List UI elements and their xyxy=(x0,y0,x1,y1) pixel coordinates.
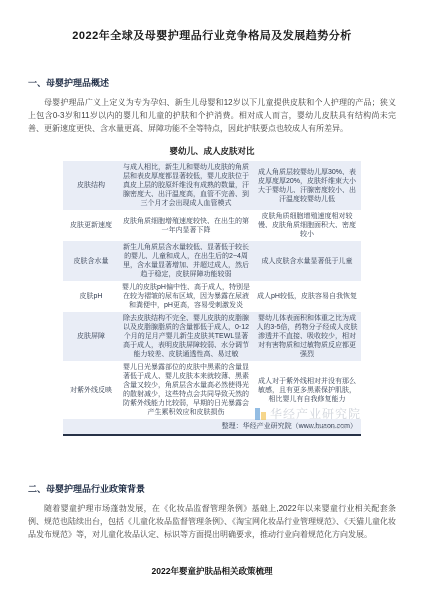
table-row: 对紫外线反映 婴儿日光暴露部位的皮肤中黑素的含量显著低于成人、婴儿皮肤本来就较薄… xyxy=(63,361,361,419)
table-row: 皮肤更新速度 皮肤角质细胞增殖速度较快、在出生的第一年内显著下降 皮肤角质细胞增… xyxy=(63,210,361,241)
infant-cell: 与成人相比，新生儿和婴幼儿皮肤的角质层和表皮厚度都显著较低，婴儿皮肤位于真皮上层… xyxy=(119,161,253,210)
adult-cell: 成人对于紫外线相对并没有那么敏感，且有更多黑素保护肌肤，相比婴儿有自我修复能力 xyxy=(253,361,361,419)
row-label: 对紫外线反映 xyxy=(63,361,119,419)
document-page: 2022年全球及母婴护理品行业竞争格局及发展趋势分析 一、母婴护理品概述 母婴护… xyxy=(0,0,424,600)
row-label: 皮肤pH xyxy=(63,281,119,312)
adult-cell: 成人皮肤含水量显著低于儿童 xyxy=(253,241,361,281)
adult-cell: 婴幼儿体表面积和体重之比为成人的3-5倍，药物分子经成人皮肤渗透并不直接、吸收较… xyxy=(253,312,361,361)
infant-cell: 除去皮肤结构不完全、婴儿皮肤的皮脂腺以及皮脂腺脂质的含量都低于成人，0-12个月… xyxy=(119,312,253,361)
infant-cell: 婴儿的皮肤pH偏中性、高于成人，特别是在较为褶皱的尿布区域，因为暴露在尿液和粪便… xyxy=(119,281,253,312)
adult-cell: 成人角质层较婴幼儿厚30%、表皮厚度厚20%，皮肤纤维束大小大于婴幼儿、汗腺密度… xyxy=(253,161,361,210)
row-label: 皮肤结构 xyxy=(63,161,119,210)
section2-paragraph: 随着婴童护理市场蓬勃发展，在《化妆品监督管理条例》基础上,2022年以来婴童行业… xyxy=(28,502,396,541)
table-row: 皮肤结构 与成人相比，新生儿和婴幼儿皮肤的角质层和表皮厚度都显著较低，婴儿皮肤位… xyxy=(63,161,361,210)
row-label: 皮肤屏障 xyxy=(63,312,119,361)
table-row: 皮肤pH 婴儿的皮肤pH偏中性、高于成人，特别是在较为褶皱的尿布区域，因为暴露在… xyxy=(63,281,361,312)
section1-paragraph: 母婴护理品广义上定义为专为孕妇、新生儿母婴和12岁以下儿童提供皮肤和个人护理的产… xyxy=(28,96,396,135)
row-label: 皮肤更新速度 xyxy=(63,210,119,241)
infant-cell: 新生儿角质层含水量较低、显著低于较长的婴儿、儿童和成人，在出生后的2~4周里，含… xyxy=(119,241,253,281)
infant-cell: 皮肤角质细胞增殖速度较快、在出生的第一年内显著下降 xyxy=(119,210,253,241)
page-title: 2022年全球及母婴护理品行业竞争格局及发展趋势分析 xyxy=(0,0,424,43)
infant-cell: 婴儿日光暴露部位的皮肤中黑素的含量显著低于成人、婴儿皮肤本来就较薄、黑素含量又较… xyxy=(119,361,253,419)
skin-comparison-table: 皮肤结构 与成人相比，新生儿和婴幼儿皮肤的角质层和表皮厚度都显著较低，婴儿皮肤位… xyxy=(63,161,361,436)
adult-cell: 成人pH较低，皮肤容易自我恢复 xyxy=(253,281,361,312)
adult-cell: 皮肤角质细胞增殖速度相对较慢、皮肤角质细胞面积大、密度较小 xyxy=(253,210,361,241)
table-source: 整理：华经产业研究院（www.huaon.com） xyxy=(63,419,361,434)
table-row: 皮肤含水量 新生儿角质层含水量较低、显著低于较长的婴儿、儿童和成人，在出生后的2… xyxy=(63,241,361,281)
section1-heading: 一、母婴护理品概述 xyxy=(28,76,424,89)
policy-subtitle: 2022年婴童护肤品相关政策梳理 xyxy=(0,565,424,577)
row-label: 皮肤含水量 xyxy=(63,241,119,281)
section2-heading: 二、母婴护理品行业政策背景 xyxy=(28,482,424,495)
table-title: 婴幼儿、成人皮肤对比 xyxy=(0,145,424,157)
table-row: 皮肤屏障 除去皮肤结构不完全、婴儿皮肤的皮脂腺以及皮脂腺脂质的含量都低于成人，0… xyxy=(63,312,361,361)
